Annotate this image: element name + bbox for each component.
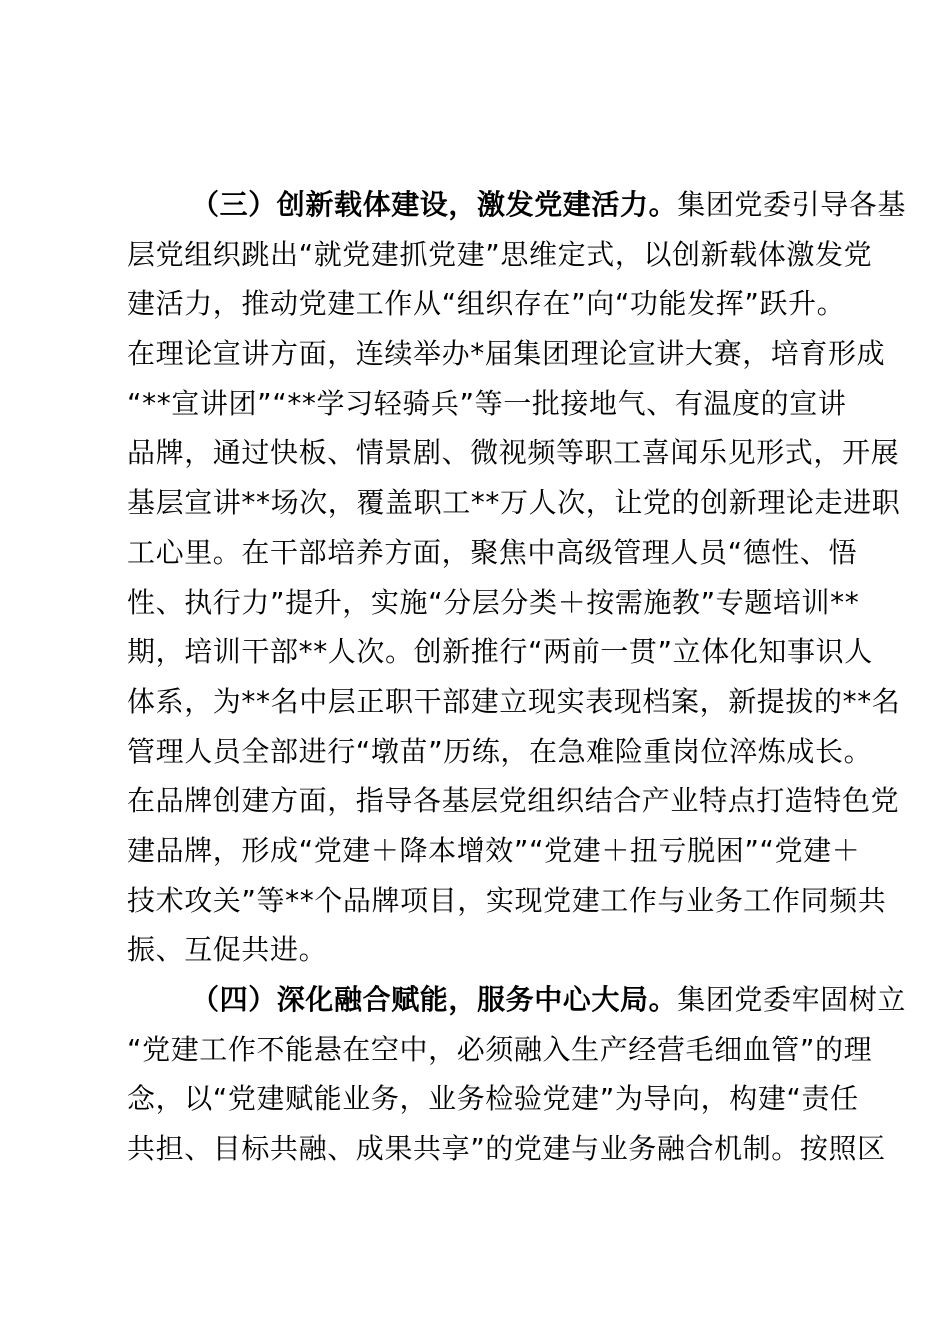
paragraph-line: “**宣讲团”“**学习轻骑兵”等一批接地气、有温度的宣讲 (127, 379, 837, 429)
line-text: 集团党委引导各基 (677, 188, 906, 221)
paragraph-line: 技术攻关”等**个品牌项目，实现党建工作与业务工作同频共 (127, 876, 837, 926)
paragraph-line: 共担、目标共融、成果共享”的党建与业务融合机制。按照区 (127, 1124, 837, 1174)
paragraph-line: 体系，为**名中层正职干部建立现实表现档案，新提拔的**名 (127, 677, 837, 727)
paragraph-line: 建活力，推动党建工作从“组织存在”向“功能发挥”跃升。 (127, 279, 837, 329)
paragraph-line: 在理论宣讲方面，连续举办*届集团理论宣讲大赛，培育形成 (127, 329, 837, 379)
paragraph-line: 念，以“党建赋能业务，业务检验党建”为导向，构建“责任 (127, 1074, 837, 1124)
paragraph-line: 工心里。在干部培养方面，聚焦中高级管理人员“德性、悟 (127, 528, 837, 578)
paragraph-line: （四）深化融合赋能，服务中心大局。集团党委牢固树立 (127, 975, 837, 1025)
paragraph-line: “党建工作不能悬在空中，必须融入生产经营毛细血管”的理 (127, 1025, 837, 1075)
paragraph-line: 管理人员全部进行“墩苗”历练，在急难险重岗位淬炼成长。 (127, 727, 837, 777)
body-text: （三）创新载体建设，激发党建活力。集团党委引导各基 层党组织跳出“就党建抓党建”… (127, 180, 837, 1174)
paragraph-line: 在品牌创建方面，指导各基层党组织结合产业特点打造特色党 (127, 776, 837, 826)
paragraph-line: 品牌，通过快板、情景剧、微视频等职工喜闻乐见形式，开展 (127, 428, 837, 478)
paragraph-line: 建品牌，形成“党建＋降本增效”“党建＋扭亏脱困”“党建＋ (127, 826, 837, 876)
line-text: 集团党委牢固树立 (677, 983, 906, 1016)
paragraph-line: 基层宣讲**场次，覆盖职工**万人次，让党的创新理论走进职 (127, 478, 837, 528)
paragraph-line: 期，培训干部**人次。创新推行“两前一贯”立体化知事识人 (127, 627, 837, 677)
paragraph-line: 振、互促共进。 (127, 925, 837, 975)
section-heading: （四）深化融合赋能，服务中心大局。 (191, 983, 677, 1016)
section-heading: （三）创新载体建设，激发党建活力。 (191, 188, 677, 221)
document-page: （三）创新载体建设，激发党建活力。集团党委引导各基 层党组织跳出“就党建抓党建”… (0, 0, 950, 1344)
paragraph-line: 性、执行力”提升，实施“分层分类＋按需施教”专题培训** (127, 578, 837, 628)
paragraph-line: 层党组织跳出“就党建抓党建”思维定式，以创新载体激发党 (127, 230, 837, 280)
paragraph-line: （三）创新载体建设，激发党建活力。集团党委引导各基 (127, 180, 837, 230)
